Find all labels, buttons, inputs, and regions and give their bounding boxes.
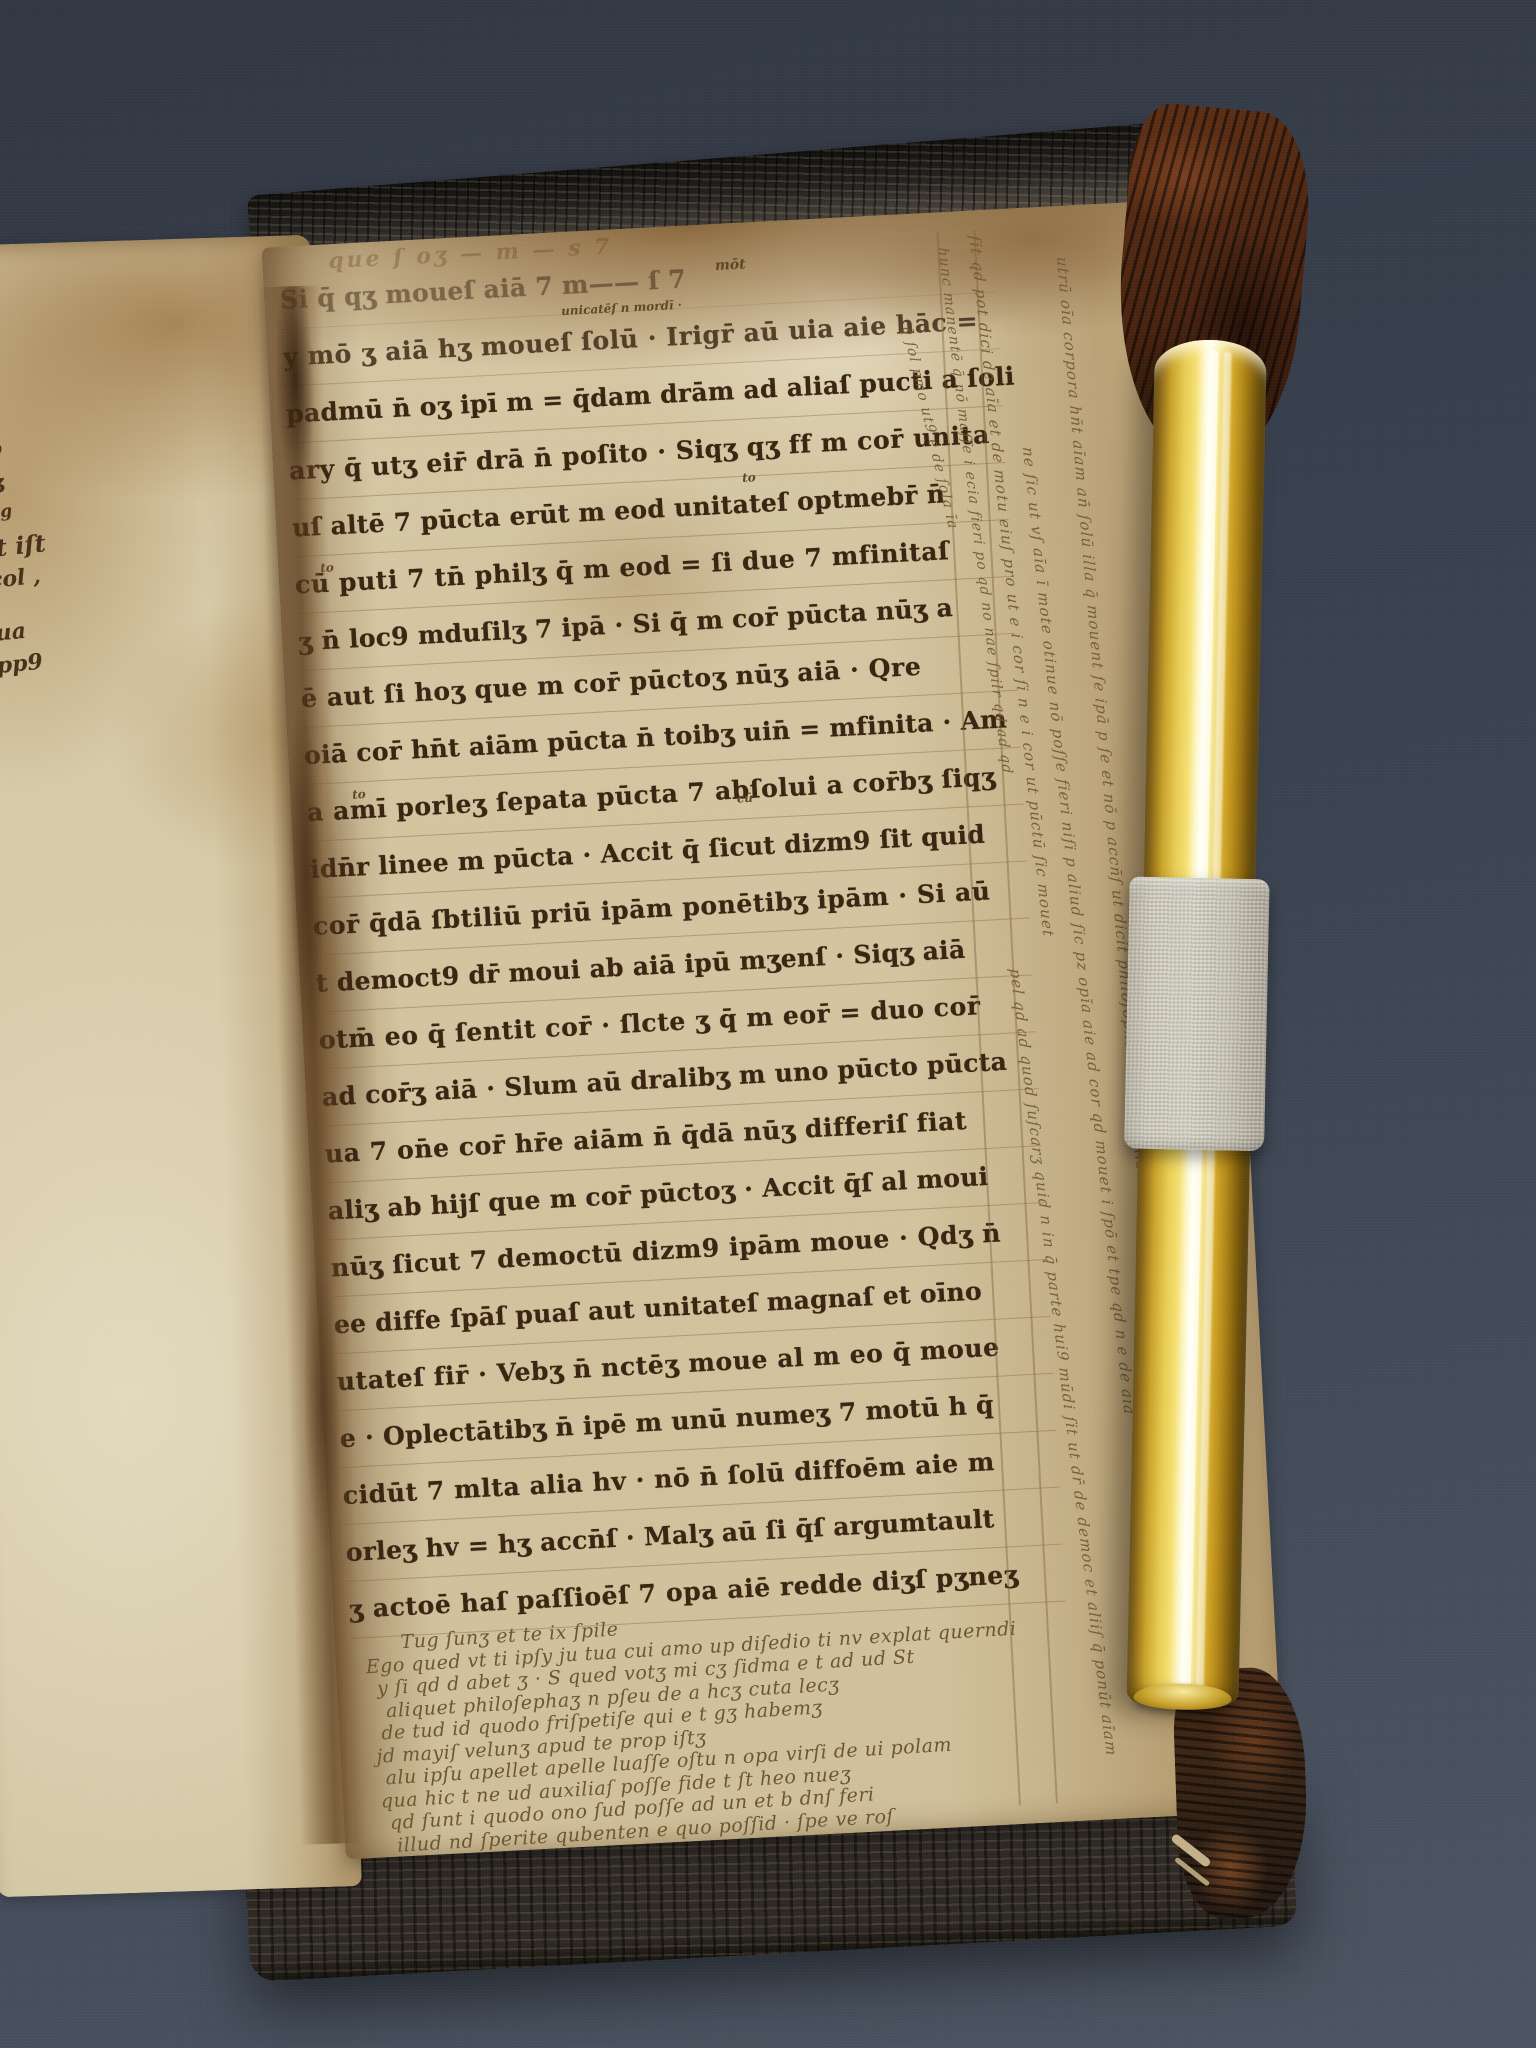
interlinear-note: mōt	[715, 256, 746, 274]
flyleaf-scribble: nbt iſt	[0, 528, 47, 565]
flyleaf-scribble: i ppp9	[0, 649, 44, 683]
interlinear-note: cū	[737, 791, 754, 806]
flyleaf-scribble: 8 o	[0, 435, 3, 465]
interlinear-note: to	[742, 470, 756, 485]
interlinear-note: to	[352, 787, 366, 802]
flyleaf-scribble: ſug	[0, 501, 13, 524]
flyleaf-scribble: a ſua	[0, 618, 27, 650]
linen-band	[1124, 876, 1270, 1151]
flyleaf-scribbles: 2 58 o8 ʒſugnbt iſto col ,a ſuai ppp9	[0, 235, 310, 246]
photo-stage: 2 58 o8 ʒſugnbt iſto col ,a ſuai ppp9 qu…	[0, 0, 1536, 2048]
flyleaf-scribble: o col ,	[0, 563, 42, 596]
flyleaf-scribble: 8 ʒ	[0, 469, 5, 496]
